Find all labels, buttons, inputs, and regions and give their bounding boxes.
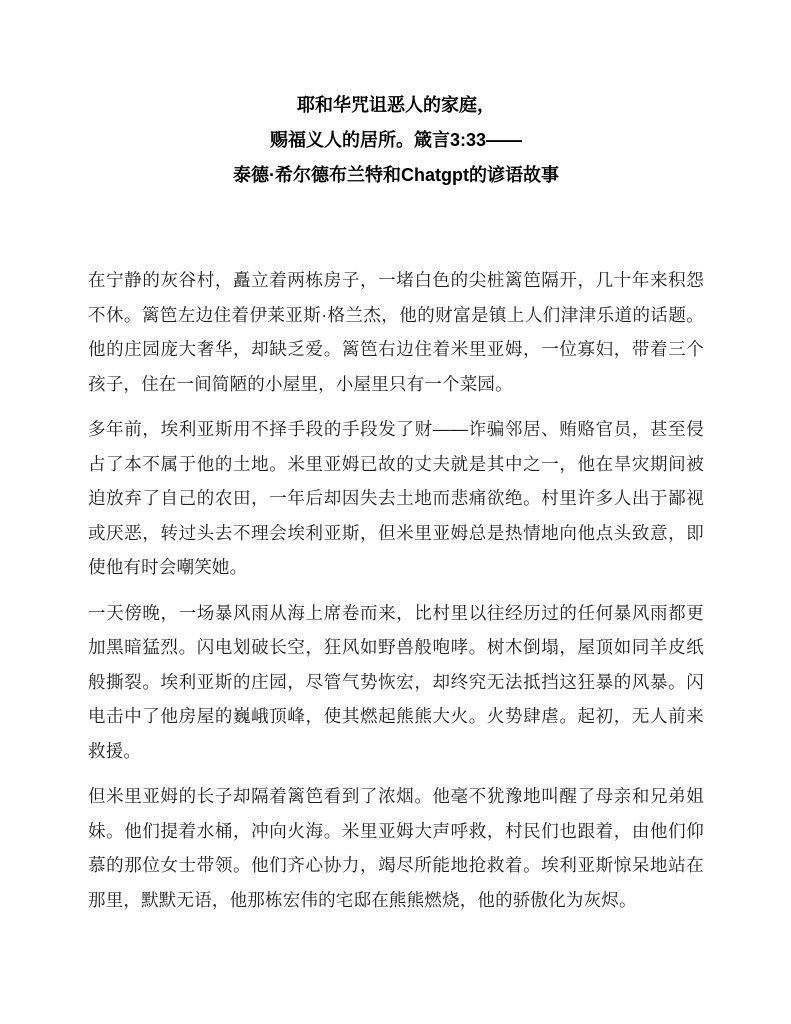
document-title: 耶和华咒诅恶人的家庭， 赐福义人的居所。箴言3:33—— 泰德·希尔德布兰特和C…: [88, 88, 704, 193]
paragraph-3: 一天傍晚，一场暴风雨从海上席卷而来，比村里以往经历过的任何暴风雨都更加黑暗猛烈。…: [88, 596, 704, 769]
document-page: 耶和华咒诅恶人的家庭， 赐福义人的居所。箴言3:33—— 泰德·希尔德布兰特和C…: [0, 0, 791, 1024]
paragraph-2: 多年前，埃利亚斯用不择手段的手段发了财——诈骗邻居、贿赂官员，甚至侵占了本不属于…: [88, 412, 704, 585]
title-line-3: 泰德·希尔德布兰特和Chatgpt的谚语故事: [88, 158, 704, 193]
paragraph-4: 但米里亚姆的长子却隔着篱笆看到了浓烟。他毫不犹豫地叫醒了母亲和兄弟姐妹。他们提着…: [88, 779, 704, 917]
paragraph-1: 在宁静的灰谷村，矗立着两栋房子，一堵白色的尖桩篱笆隔开，几十年来积怨不休。篱笆左…: [88, 263, 704, 401]
document-content: 耶和华咒诅恶人的家庭， 赐福义人的居所。箴言3:33—— 泰德·希尔德布兰特和C…: [88, 88, 704, 917]
title-line-1: 耶和华咒诅恶人的家庭，: [88, 88, 704, 123]
title-line-2: 赐福义人的居所。箴言3:33——: [88, 123, 704, 158]
